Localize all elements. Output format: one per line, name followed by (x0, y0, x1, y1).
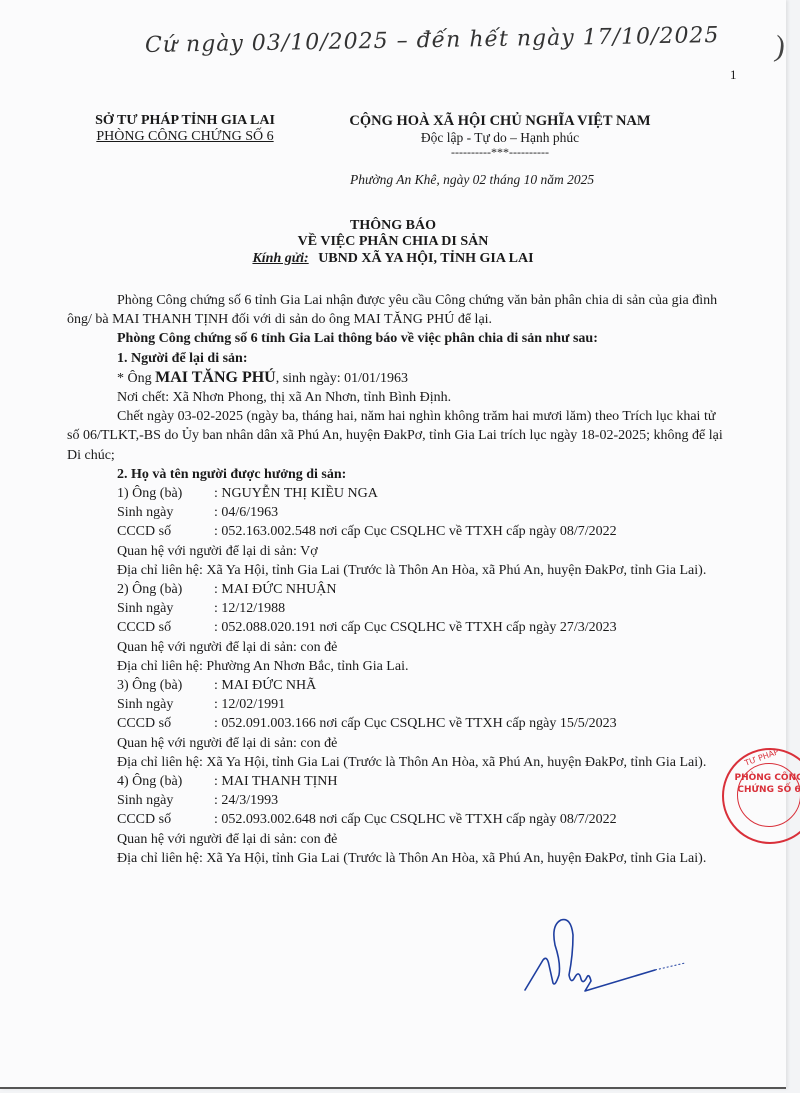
heir-address: Xã Ya Hội, tỉnh Gia Lai (Trước là Thôn A… (206, 755, 706, 770)
signature (515, 915, 715, 1015)
national-header: CỘNG HOÀ XÃ HỘI CHỦ NGHĨA VIỆT NAM Độc l… (320, 113, 680, 158)
decedent-name: MAI TĂNG PHÚ (155, 369, 276, 386)
decedent-line: * Ông MAI TĂNG PHÚ, sinh ngày: 01/01/196… (67, 368, 727, 388)
recipient-line: Kính gửi: UBND XÃ YA HỘI, TỈNH GIA LAI (0, 250, 786, 267)
relation-label: Quan hệ với người để lại di sản: (117, 640, 297, 655)
heir-name: : MAI ĐỨC NHUẬN (214, 580, 336, 599)
relation-label: Quan hệ với người để lại di sản: (117, 832, 297, 847)
heir-entry: 4) Ông (bà): MAI THANH TỊNHSinh ngày: 24… (67, 772, 727, 868)
heir-dob: : 12/02/1991 (214, 695, 285, 714)
document-title: THÔNG BÁO VỀ VIỆC PHÂN CHIA DI SẢN Kính … (0, 218, 786, 267)
heir-relation: con đẻ (300, 736, 337, 751)
heir-id: : 052.091.003.166 nơi cấp Cục CSQLHC về … (214, 714, 617, 733)
issuing-organization: SỞ TƯ PHÁP TỈNH GIA LAI PHÒNG CÔNG CHỨNG… (80, 113, 290, 145)
title-line-1: THÔNG BÁO (0, 218, 786, 234)
dob-label: Sinh ngày (117, 791, 214, 810)
heir-index: 4) (117, 774, 129, 789)
address-label: Địa chỉ liên hệ: (117, 755, 203, 770)
heir-id-row: CCCD số: 052.093.002.648 nơi cấp Cục CSQ… (67, 810, 727, 829)
nation-name: CỘNG HOÀ XÃ HỘI CHỦ NGHĨA VIỆT NAM (320, 113, 680, 130)
heir-relation-row: Quan hệ với người để lại di sản: Vợ (67, 542, 727, 561)
heir-dob: : 24/3/1993 (214, 791, 278, 810)
heir-name-label: 1) Ông (bà) (117, 484, 214, 503)
heir-index: 1) (117, 486, 129, 501)
place-date: Phường An Khê, ngày 02 tháng 10 năm 2025 (350, 172, 594, 188)
heir-relation-row: Quan hệ với người để lại di sản: con đẻ (67, 638, 727, 657)
heir-name-label: 3) Ông (bà) (117, 676, 214, 695)
heir-address-row: Địa chỉ liên hệ: Xã Ya Hội, tỉnh Gia Lai… (67, 561, 727, 580)
heir-index: 2) (117, 582, 129, 597)
heir-address: Phường An Nhơn Bắc, tỉnh Gia Lai. (206, 659, 408, 674)
heir-id-row: CCCD số: 052.088.020.191 nơi cấp Cục CSQ… (67, 618, 727, 637)
handwritten-paren: ) (773, 29, 788, 64)
heir-dob: : 04/6/1963 (214, 503, 278, 522)
heir-entry: 2) Ông (bà): MAI ĐỨC NHUẬNSinh ngày: 12/… (67, 580, 727, 676)
id-label: CCCD số (117, 522, 214, 541)
intro-paragraph: Phòng Công chứng số 6 tỉnh Gia Lai nhận … (67, 291, 727, 329)
heir-relation: con đẻ (300, 640, 337, 655)
name-label: Ông (bà) (132, 582, 182, 597)
heir-entry: 3) Ông (bà): MAI ĐỨC NHÃSinh ngày: 12/02… (67, 676, 727, 772)
header-separator: ----------***---------- (320, 146, 680, 158)
relation-label: Quan hệ với người để lại di sản: (117, 544, 297, 559)
national-motto: Độc lập - Tự do – Hạnh phúc (320, 130, 680, 146)
name-label: Ông (bà) (132, 486, 182, 501)
heir-name-row: 3) Ông (bà): MAI ĐỨC NHÃ (67, 676, 727, 695)
id-label: CCCD số (117, 810, 214, 829)
dob-label: Sinh ngày (117, 503, 214, 522)
heir-id: : 052.088.020.191 nơi cấp Cục CSQLHC về … (214, 618, 617, 637)
decedent-prefix: * Ông (117, 371, 155, 386)
stamp-center-text: PHÒNG CÔNG CHỨNG SỐ 6 (734, 772, 800, 796)
heir-name-row: 2) Ông (bà): MAI ĐỨC NHUẬN (67, 580, 727, 599)
heir-address: Xã Ya Hội, tỉnh Gia Lai (Trước là Thôn A… (206, 563, 706, 578)
heir-index: 3) (117, 678, 129, 693)
name-label: Ông (bà) (132, 774, 182, 789)
heir-relation: Vợ (300, 544, 318, 559)
recipient: UBND XÃ YA HỘI, TỈNH GIA LAI (318, 251, 533, 266)
heir-name-row: 4) Ông (bà): MAI THANH TỊNH (67, 772, 727, 791)
heirs-heading: 2. Họ và tên người được hưởng di sản: (67, 465, 727, 484)
org-line-1: SỞ TƯ PHÁP TỈNH GIA LAI (80, 113, 290, 129)
decedent-heading: 1. Người để lại di sản: (67, 349, 727, 368)
document-body: Phòng Công chứng số 6 tỉnh Gia Lai nhận … (67, 291, 727, 868)
page-number: 1 (730, 67, 737, 83)
heir-dob-row: Sinh ngày: 12/02/1991 (67, 695, 727, 714)
heir-relation-row: Quan hệ với người để lại di sản: con đẻ (67, 830, 727, 849)
announcement-paragraph: Phòng Công chứng số 6 tỉnh Gia Lai thông… (67, 329, 727, 348)
heir-entry: 1) Ông (bà): NGUYỄN THỊ KIỀU NGASinh ngà… (67, 484, 727, 580)
heir-name-row: 1) Ông (bà): NGUYỄN THỊ KIỀU NGA (67, 484, 727, 503)
heir-dob-row: Sinh ngày: 12/12/1988 (67, 599, 727, 618)
heir-id: : 052.163.002.548 nơi cấp Cục CSQLHC về … (214, 522, 617, 541)
heir-relation-row: Quan hệ với người để lại di sản: con đẻ (67, 734, 727, 753)
relation-label: Quan hệ với người để lại di sản: (117, 736, 297, 751)
heir-id-row: CCCD số: 052.163.002.548 nơi cấp Cục CSQ… (67, 522, 727, 541)
handwritten-note: Cứ ngày 03/10/2025 – đến hết ngày 17/10/… (145, 23, 720, 58)
official-stamp: TƯ PHÁP PHÒNG CÔNG CHỨNG SỐ 6 (722, 748, 800, 844)
heir-name: : NGUYỄN THỊ KIỀU NGA (214, 484, 378, 503)
dob-label: Sinh ngày (117, 599, 214, 618)
org-line-2: PHÒNG CÔNG CHỨNG SỐ 6 (80, 129, 290, 145)
address-label: Địa chỉ liên hệ: (117, 851, 203, 866)
address-label: Địa chỉ liên hệ: (117, 563, 203, 578)
heir-dob-row: Sinh ngày: 04/6/1963 (67, 503, 727, 522)
heir-name: : MAI ĐỨC NHÃ (214, 676, 316, 695)
heir-id: : 052.093.002.648 nơi cấp Cục CSQLHC về … (214, 810, 617, 829)
heir-id-row: CCCD số: 052.091.003.166 nơi cấp Cục CSQ… (67, 714, 727, 733)
address-label: Địa chỉ liên hệ: (117, 659, 203, 674)
heirs-list: 1) Ông (bà): NGUYỄN THỊ KIỀU NGASinh ngà… (67, 484, 727, 868)
decedent-dob: , sinh ngày: 01/01/1963 (276, 371, 408, 386)
death-info: Chết ngày 03-02-2025 (ngày ba, tháng hai… (67, 407, 727, 465)
place-of-death: Nơi chết: Xã Nhơn Phong, thị xã An Nhơn,… (67, 388, 727, 407)
heir-address: Xã Ya Hội, tỉnh Gia Lai (Trước là Thôn A… (206, 851, 706, 866)
heir-address-row: Địa chỉ liên hệ: Xã Ya Hội, tỉnh Gia Lai… (67, 849, 727, 868)
heir-dob-row: Sinh ngày: 24/3/1993 (67, 791, 727, 810)
recipient-label: Kính gửi: (252, 251, 308, 266)
heir-address-row: Địa chỉ liên hệ: Phường An Nhơn Bắc, tỉn… (67, 657, 727, 676)
heir-name-label: 4) Ông (bà) (117, 772, 214, 791)
document-page: Cứ ngày 03/10/2025 – đến hết ngày 17/10/… (0, 0, 786, 1089)
dob-label: Sinh ngày (117, 695, 214, 714)
title-line-2: VỀ VIỆC PHÂN CHIA DI SẢN (0, 234, 786, 250)
heir-dob: : 12/12/1988 (214, 599, 285, 618)
heir-relation: con đẻ (300, 832, 337, 847)
id-label: CCCD số (117, 618, 214, 637)
name-label: Ông (bà) (132, 678, 182, 693)
heir-name: : MAI THANH TỊNH (214, 772, 338, 791)
id-label: CCCD số (117, 714, 214, 733)
heir-address-row: Địa chỉ liên hệ: Xã Ya Hội, tỉnh Gia Lai… (67, 753, 727, 772)
heir-name-label: 2) Ông (bà) (117, 580, 214, 599)
